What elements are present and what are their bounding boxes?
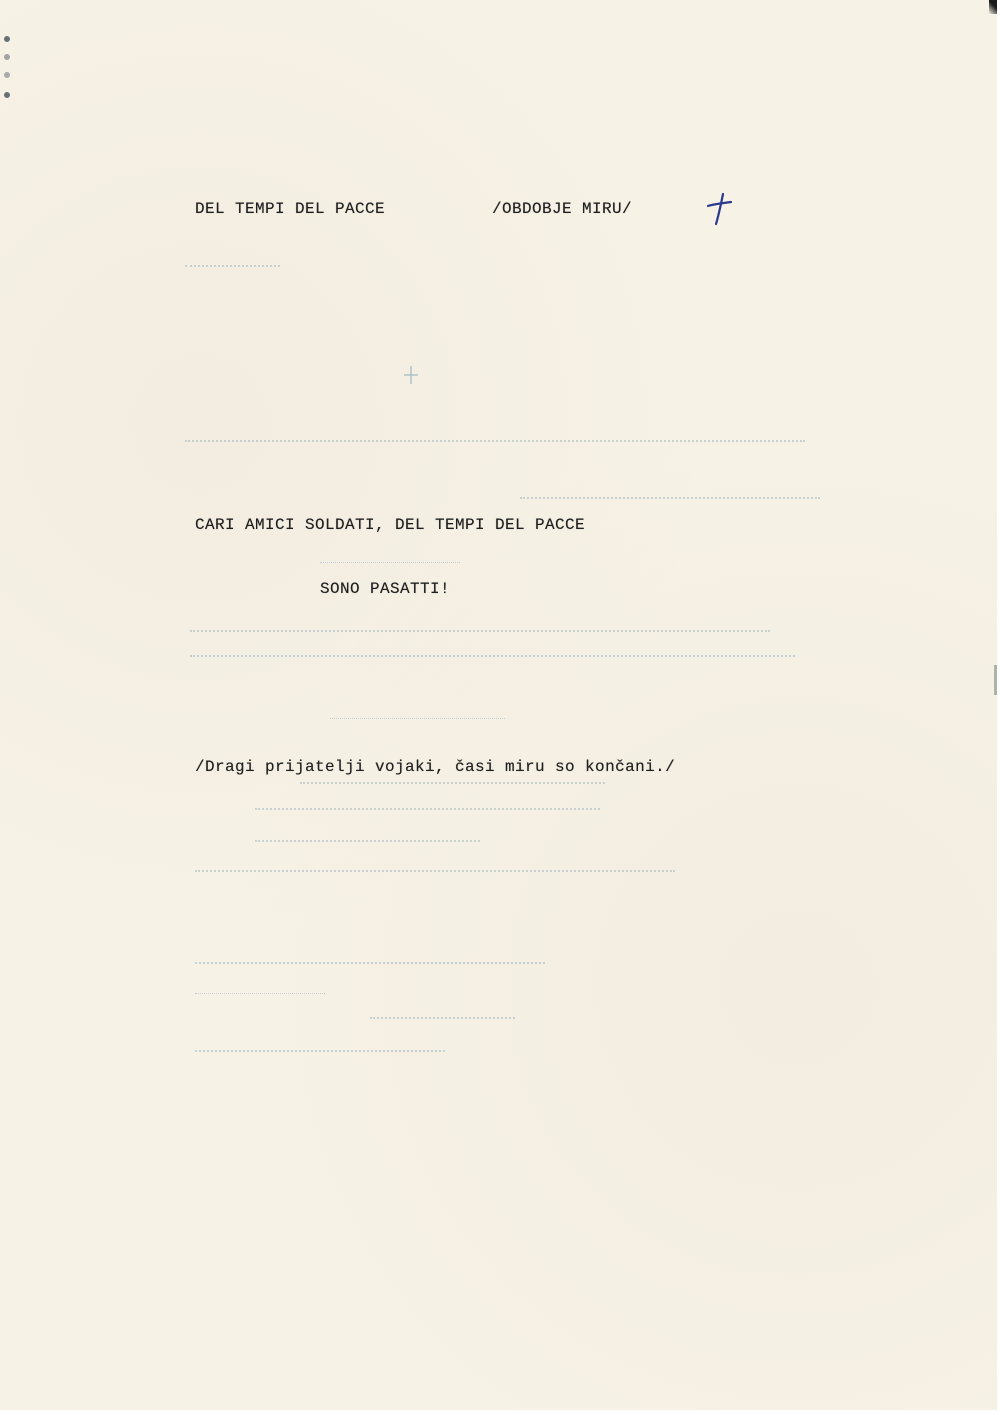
bleed-through-plus-icon [403,365,419,385]
title-italian: DEL TEMPI DEL PACCE [195,200,385,218]
binding-hole-dot [4,54,10,60]
bleed-through-text [190,630,770,638]
bleed-through-text [255,808,600,816]
bleed-through-text [190,655,795,663]
bleed-through-text [195,962,545,970]
scan-edge-mark [994,665,997,695]
bleed-through-text [255,840,480,848]
binding-hole-dot [4,92,10,98]
bleed-through-text [520,497,820,505]
bleed-through-text [370,1017,515,1025]
binding-hole-dot [4,36,10,42]
translation-line: /Dragi prijatelji vojaki, časi miru so k… [195,758,675,776]
binding-hole-dot [4,72,10,78]
bleed-through-text [300,782,605,790]
scan-corner-shadow [989,0,997,14]
bleed-through-text [195,1050,445,1058]
bleed-through-text [195,993,325,1000]
body-line-2: SONO PASATTI! [320,580,450,598]
handwritten-cross-icon [704,192,734,226]
title-slovene: /OBDOBJE MIRU/ [492,200,632,218]
bleed-through-text [320,562,460,569]
bleed-through-text [195,870,675,878]
document-page: DEL TEMPI DEL PACCE /OBDOBJE MIRU/ CARI … [0,0,997,1410]
bleed-through-text [185,265,280,273]
bleed-through-text [330,718,505,725]
bleed-through-text [185,440,805,448]
body-line-1: CARI AMICI SOLDATI, DEL TEMPI DEL PACCE [195,516,585,534]
